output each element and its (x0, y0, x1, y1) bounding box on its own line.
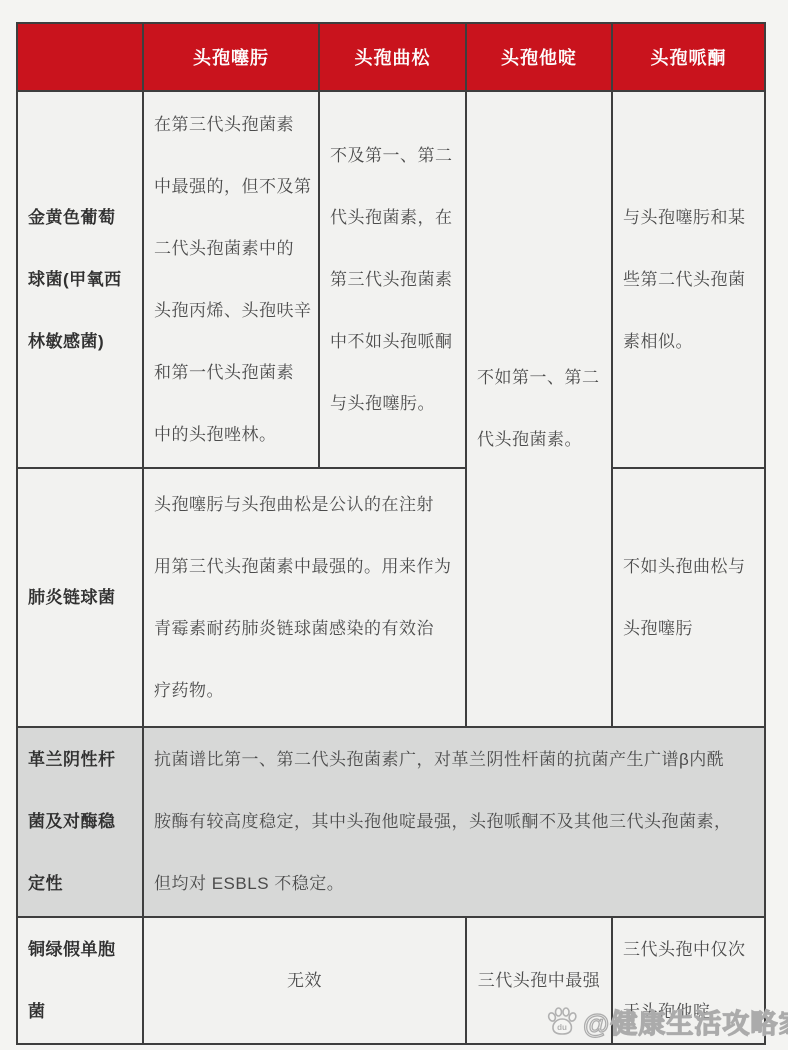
cell-pseudomonas-cefoperazone: 三代头孢中仅次 于头孢他啶 (612, 917, 765, 1044)
header-row: 头孢噻肟 头孢曲松 头孢他啶 头孢哌酮 (17, 23, 765, 91)
column-header-cefoperazone: 头孢哌酮 (612, 23, 765, 91)
cephalosporin-comparison-table: 头孢噻肟 头孢曲松 头孢他啶 头孢哌酮 金黄色葡萄 球菌(甲氧西 林敏感菌) 在… (16, 22, 766, 1045)
cell-pneumo-cefoperazone: 不如头孢曲松与 头孢噻肟 (612, 468, 765, 727)
cell-pneumo-cefotaxime-ceftriaxone: 头孢噻肟与头孢曲松是公认的在注射 用第三代头孢菌素中最强的。用来作为 青霉素耐药… (143, 468, 466, 727)
row-label-gram-negative-stability: 革兰阴性杆 菌及对酶稳 定性 (17, 727, 143, 917)
row-streptococcus-pneumoniae: 肺炎链球菌 头孢噻肟与头孢曲松是公认的在注射 用第三代头孢菌素中最强的。用来作为… (17, 468, 765, 727)
cell-staph-cefotaxime: 在第三代头孢菌素 中最强的，但不及第 二代头孢菌素中的 头孢丙烯、头孢呋辛 和第… (143, 91, 319, 468)
cell-staph-pneumo-ceftazidime: 不如第一、第二 代头孢菌素。 (466, 91, 612, 727)
cell-gram-negative-stability-content: 抗菌谱比第一、第二代头孢菌素广，对革兰阴性杆菌的抗菌产生广谱β内酰 胺酶有较高度… (143, 727, 765, 917)
row-label-pseudomonas-aeruginosa: 铜绿假单胞 菌 (17, 917, 143, 1044)
row-label-staphylococcus-aureus: 金黄色葡萄 球菌(甲氧西 林敏感菌) (17, 91, 143, 468)
cell-pseudomonas-cefotaxime-ceftriaxone: 无效 (143, 917, 466, 1044)
cell-staph-ceftriaxone: 不及第一、第二 代头孢菌素，在 第三代头孢菌素 中不如头孢哌酮 与头孢噻肟。 (319, 91, 466, 468)
row-gram-negative-stability: 革兰阴性杆 菌及对酶稳 定性 抗菌谱比第一、第二代头孢菌素广，对革兰阴性杆菌的抗… (17, 727, 765, 917)
row-pseudomonas-aeruginosa: 铜绿假单胞 菌 无效 三代头孢中最强 三代头孢中仅次 于头孢他啶 (17, 917, 765, 1044)
header-corner-cell (17, 23, 143, 91)
cell-staph-cefoperazone: 与头孢噻肟和某 些第二代头孢菌 素相似。 (612, 91, 765, 468)
row-staphylococcus-aureus: 金黄色葡萄 球菌(甲氧西 林敏感菌) 在第三代头孢菌素 中最强的，但不及第 二代… (17, 91, 765, 468)
column-header-ceftriaxone: 头孢曲松 (319, 23, 466, 91)
column-header-ceftazidime: 头孢他啶 (466, 23, 612, 91)
cell-pseudomonas-ceftazidime: 三代头孢中最强 (466, 917, 612, 1044)
column-header-cefotaxime: 头孢噻肟 (143, 23, 319, 91)
row-label-streptococcus-pneumoniae: 肺炎链球菌 (17, 468, 143, 727)
page-background: 头孢噻肟 头孢曲松 头孢他啶 头孢哌酮 金黄色葡萄 球菌(甲氧西 林敏感菌) 在… (0, 0, 788, 1050)
